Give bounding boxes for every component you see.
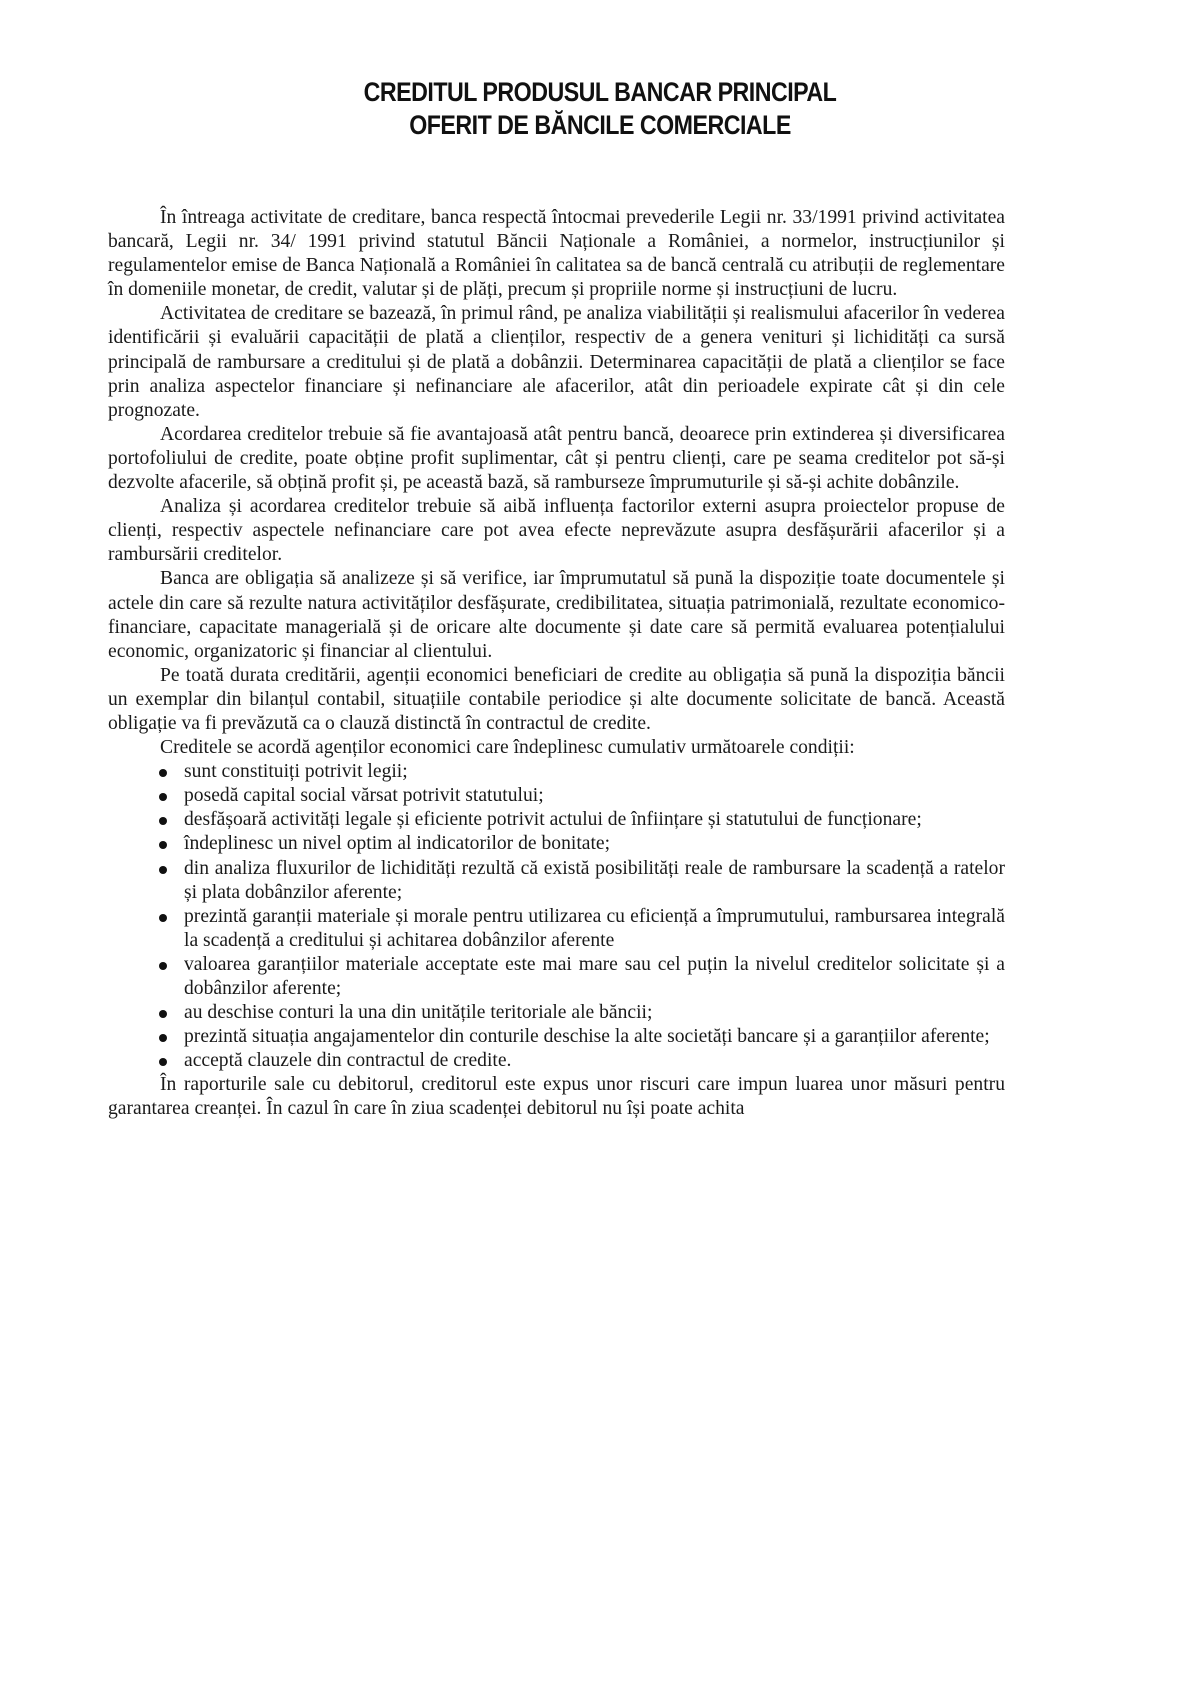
list-item: din analiza fluxurilor de lichidități re… (108, 857, 1005, 905)
list-item-text: sunt constituiți potrivit legii; (184, 761, 408, 782)
paragraph-bank-obligation: Banca are obligația să analizeze și să v… (108, 567, 1005, 663)
list-item-text: din analiza fluxurilor de lichidități re… (184, 858, 1005, 903)
bullet-icon (159, 1010, 167, 1018)
list-item: prezintă situația angajamentelor din con… (108, 1025, 1005, 1049)
bullet-icon (159, 769, 167, 777)
paragraph-advantages: Acordarea creditelor trebuie să fie avan… (108, 423, 1005, 495)
bullet-icon (159, 817, 167, 825)
paragraph-external-factors: Analiza și acordarea creditelor trebuie … (108, 495, 1005, 567)
title-line-2: OFERIT DE BĂNCILE COMERCIALE (84, 109, 1116, 142)
bullet-icon (159, 793, 167, 801)
bullet-icon (159, 962, 167, 970)
conditions-list: sunt constituiți potrivit legii; posedă … (108, 760, 1005, 1073)
list-item: prezintă garanții materiale și morale pe… (108, 905, 1005, 953)
list-item: acceptă clauzele din contractul de credi… (108, 1049, 1005, 1073)
bullet-icon (159, 1058, 167, 1066)
list-item: posedă capital social vărsat potrivit st… (108, 784, 1005, 808)
list-item: sunt constituiți potrivit legii; (108, 760, 1005, 784)
paragraph-credit-basis: Activitatea de creditare se bazează, în … (108, 302, 1005, 422)
bullet-icon (159, 866, 167, 874)
list-item-text: acceptă clauzele din contractul de credi… (184, 1050, 511, 1071)
paragraph-borrower-obligation: Pe toată durata creditării, agenții econ… (108, 664, 1005, 736)
document-page: CREDITUL PRODUSUL BANCAR PRINCIPAL OFERI… (0, 0, 1200, 1697)
list-item: au deschise conturi la una din unitățile… (108, 1001, 1005, 1025)
list-item-text: îndeplinesc un nivel optim al indicatori… (184, 833, 610, 854)
title-line-1: CREDITUL PRODUSUL BANCAR PRINCIPAL (84, 76, 1116, 109)
list-item-text: prezintă situația angajamentelor din con… (184, 1026, 990, 1047)
bullet-icon (159, 841, 167, 849)
list-item-text: posedă capital social vărsat potrivit st… (184, 785, 544, 806)
paragraph-conditions-intro: Creditele se acordă agenților economici … (108, 736, 1005, 760)
list-item: îndeplinesc un nivel optim al indicatori… (108, 832, 1005, 856)
list-item-text: au deschise conturi la una din unitățile… (184, 1002, 652, 1023)
list-item-text: desfășoară activități legale și eficient… (184, 809, 922, 830)
paragraph-legal-framework: În întreaga activitate de creditare, ban… (108, 206, 1005, 302)
document-body: În întreaga activitate de creditare, ban… (108, 206, 1005, 1122)
list-item: desfășoară activități legale și eficient… (108, 808, 1005, 832)
list-item-text: prezintă garanții materiale și morale pe… (184, 906, 1005, 951)
bullet-icon (159, 1034, 167, 1042)
list-item-text: valoarea garanțiilor materiale acceptate… (184, 954, 1005, 999)
paragraph-creditor-risks: În raporturile sale cu debitorul, credit… (108, 1073, 1005, 1121)
document-title: CREDITUL PRODUSUL BANCAR PRINCIPAL OFERI… (84, 76, 1116, 142)
list-item: valoarea garanțiilor materiale acceptate… (108, 953, 1005, 1001)
bullet-icon (159, 914, 167, 922)
